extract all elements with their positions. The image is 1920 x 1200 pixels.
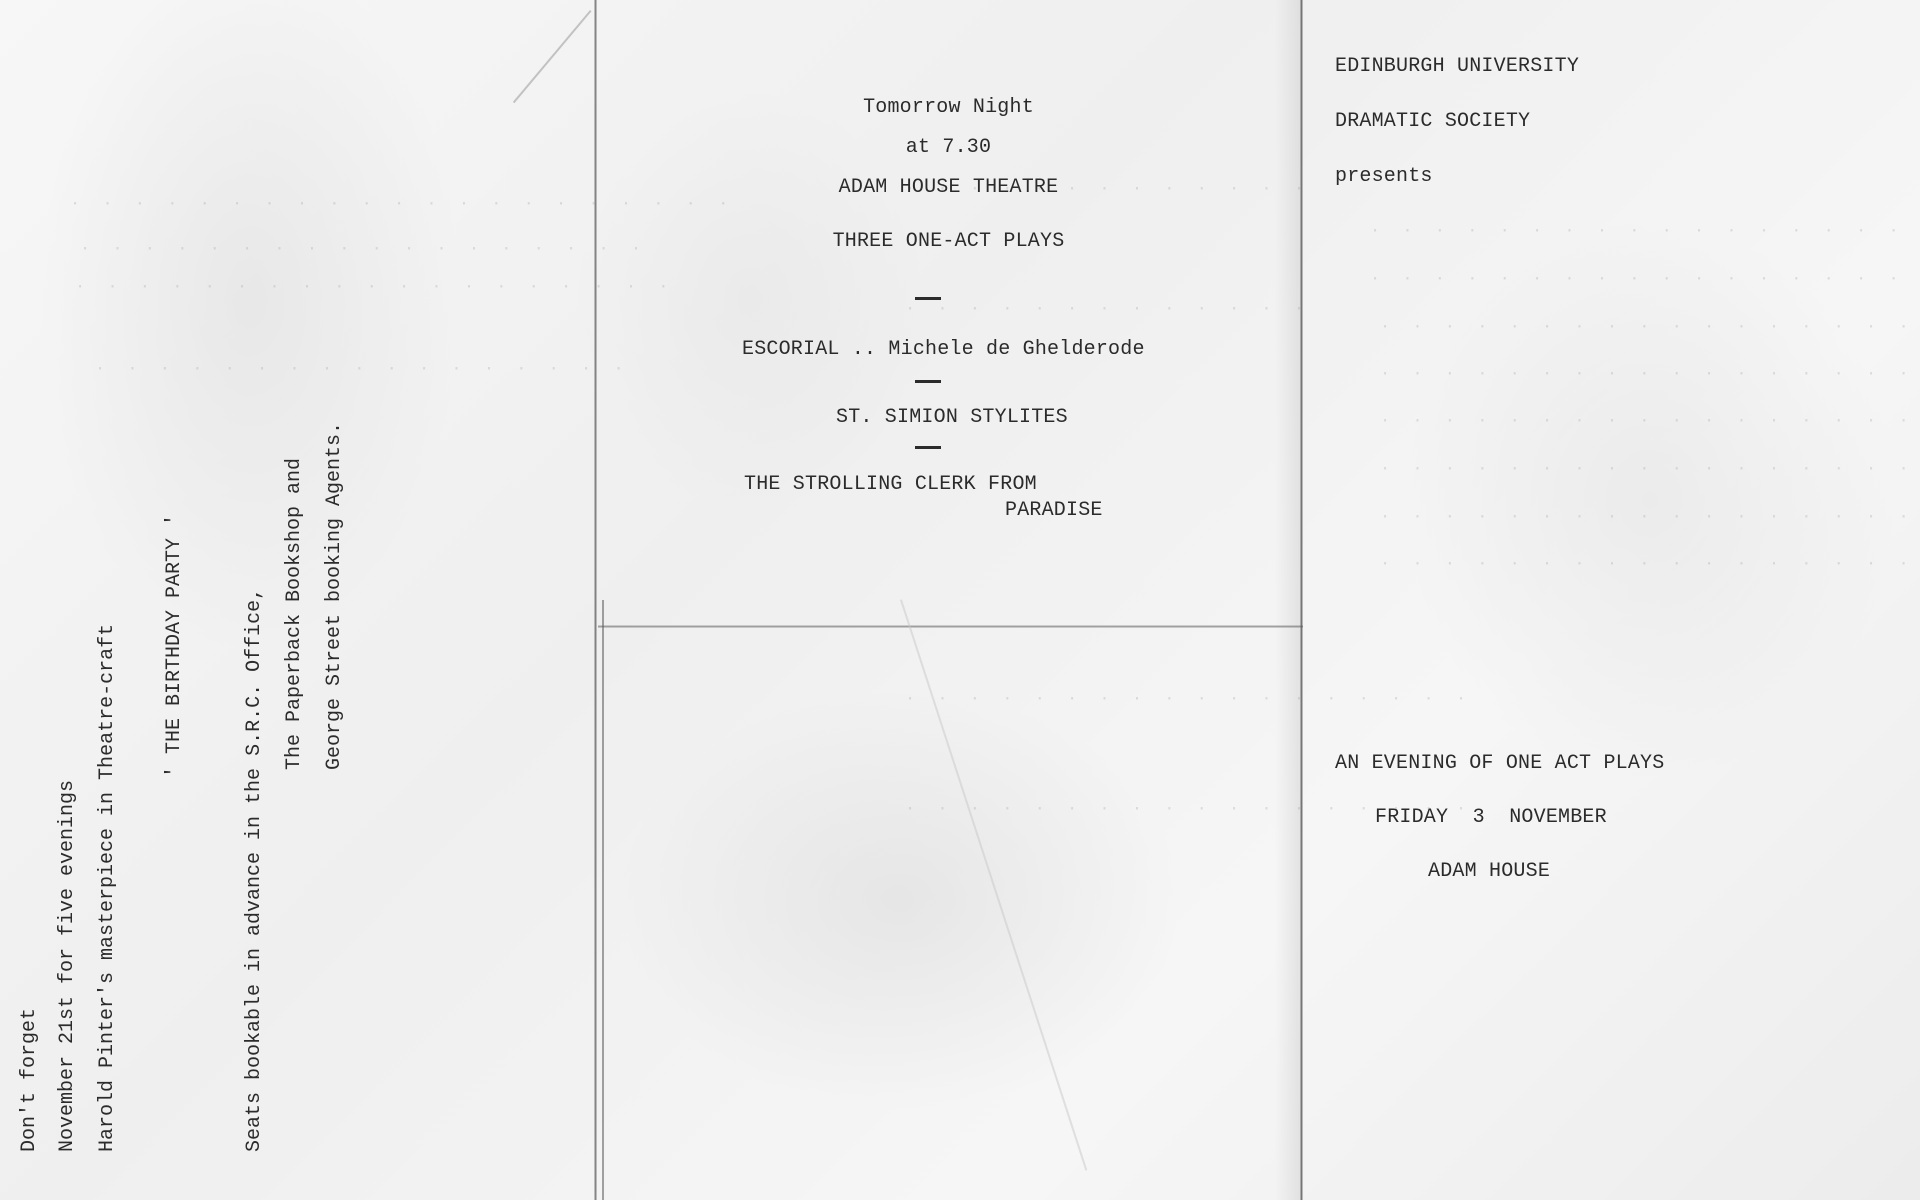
date-line: November 21st for five evenings — [56, 780, 79, 1152]
diagonal-wrinkle — [900, 599, 1087, 1170]
booking-line-3: George Street booking Agents. — [323, 422, 346, 770]
play-escorial: ESCORIAL .. Michele de Ghelderode — [742, 338, 1145, 361]
event-title: AN EVENING OF ONE ACT PLAYS — [1335, 752, 1664, 775]
organisation-name-line1: EDINBURGH UNIVERSITY — [1335, 55, 1579, 78]
separator-dash — [915, 446, 941, 449]
programme-heading: THREE ONE-ACT PLAYS — [595, 230, 1302, 253]
horizontal-crease — [598, 625, 1303, 628]
play-st-simion-stylites: ST. SIMION STYLITES — [836, 406, 1068, 429]
booking-line-2: The Paperback Bookshop and — [283, 458, 306, 770]
venue-heading: ADAM HOUSE THEATRE — [595, 176, 1302, 199]
separator-dash — [915, 380, 941, 383]
programme-sheet: · · · · · · · · · · · · · · · · · · · · … — [0, 0, 1920, 1200]
play-description-line: Harold Pinter's masterpiece in Theatre-c… — [96, 624, 119, 1152]
play-title-line: ' THE BIRTHDAY PARTY ' — [163, 514, 186, 778]
event-venue: ADAM HOUSE — [1428, 860, 1550, 883]
booking-line-1: Seats bookable in advance in the S.R.C. … — [243, 588, 266, 1152]
organisation-name-line2: DRAMATIC SOCIETY — [1335, 110, 1530, 133]
play-strolling-clerk-cont: PARADISE — [1005, 499, 1103, 522]
play-strolling-clerk: THE STROLLING CLERK FROM — [744, 473, 1037, 496]
left-fold-edge — [602, 600, 604, 1200]
event-date: FRIDAY 3 NOVEMBER — [1375, 806, 1607, 829]
presents-label: presents — [1335, 165, 1433, 188]
separator-dash — [915, 297, 941, 300]
corner-crease — [513, 10, 592, 103]
performance-time-heading: Tomorrow Night — [595, 96, 1302, 119]
reminder-line: Don't forget — [18, 1008, 41, 1152]
performance-time: at 7.30 — [595, 136, 1302, 159]
